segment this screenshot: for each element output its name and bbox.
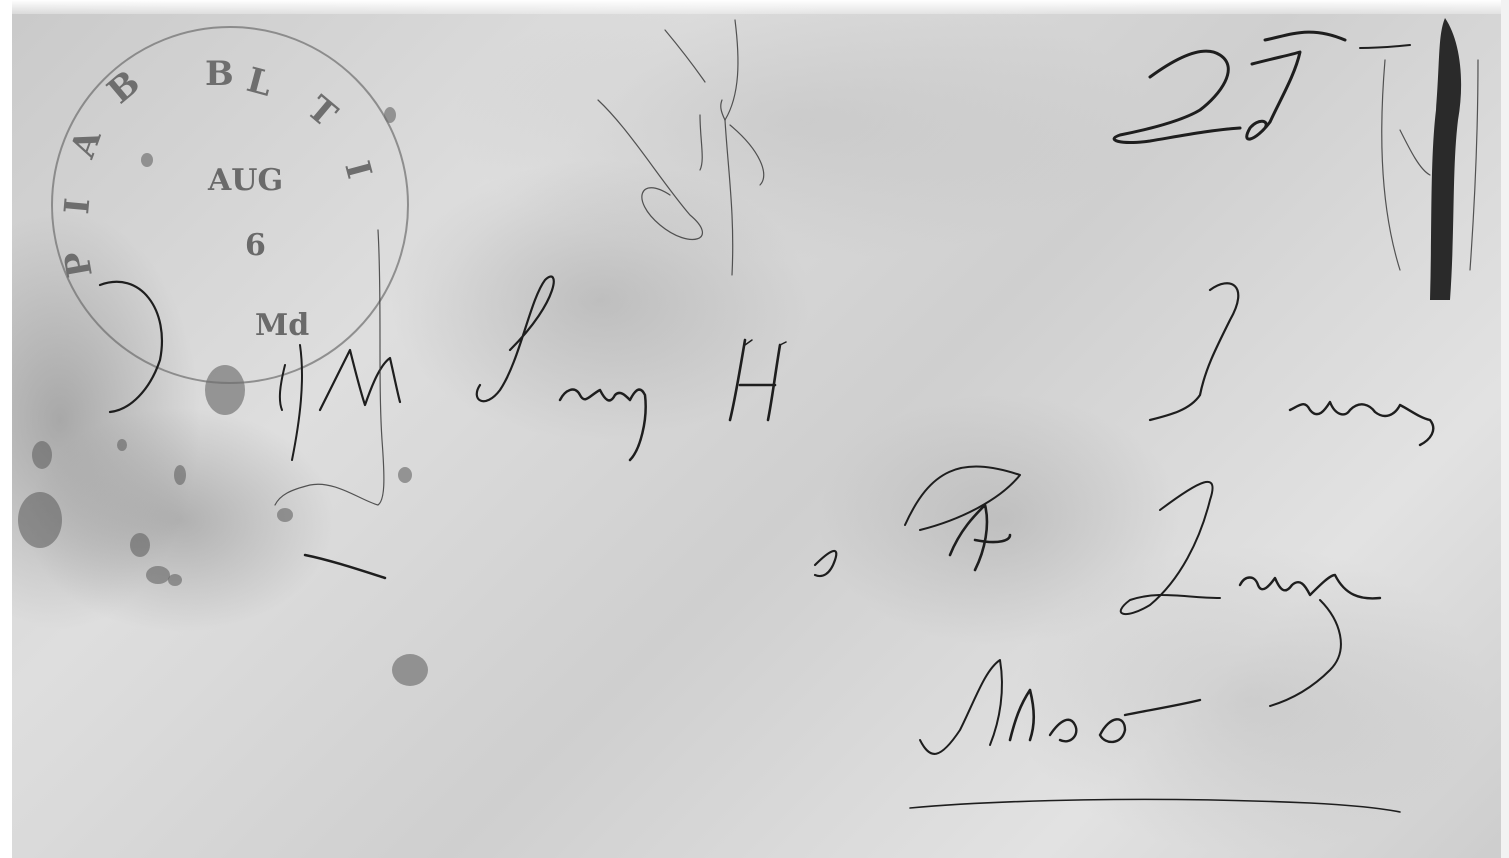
postmark-letter: I [336, 157, 379, 183]
ink-stroke [305, 555, 385, 578]
rate-marking-25 [1114, 32, 1410, 142]
postmark-letter: I [57, 196, 98, 215]
postmark-letter: P [57, 248, 101, 280]
postmark-stamp: B L T I B A I P AUG 6 Md [52, 27, 408, 383]
wax-seal-strip [1382, 18, 1478, 300]
postmark-letter: B [100, 63, 148, 112]
cover-artwork: B L T I B A I P AUG 6 Md [0, 0, 1509, 858]
postmark-letter: T [299, 88, 344, 135]
postmark-letter: L [243, 60, 277, 105]
envelope-cover: B L T I B A I P AUG 6 Md [0, 0, 1509, 858]
ink-stroke [275, 230, 384, 505]
paid-docket [598, 20, 764, 275]
postmark-letter: B [205, 54, 234, 94]
postmark-state: Md [255, 308, 309, 343]
postmark-day: 6 [245, 228, 266, 263]
address-handwriting [100, 276, 1433, 812]
postmark-letter: A [63, 124, 110, 164]
postmark-month: AUG [207, 163, 283, 198]
